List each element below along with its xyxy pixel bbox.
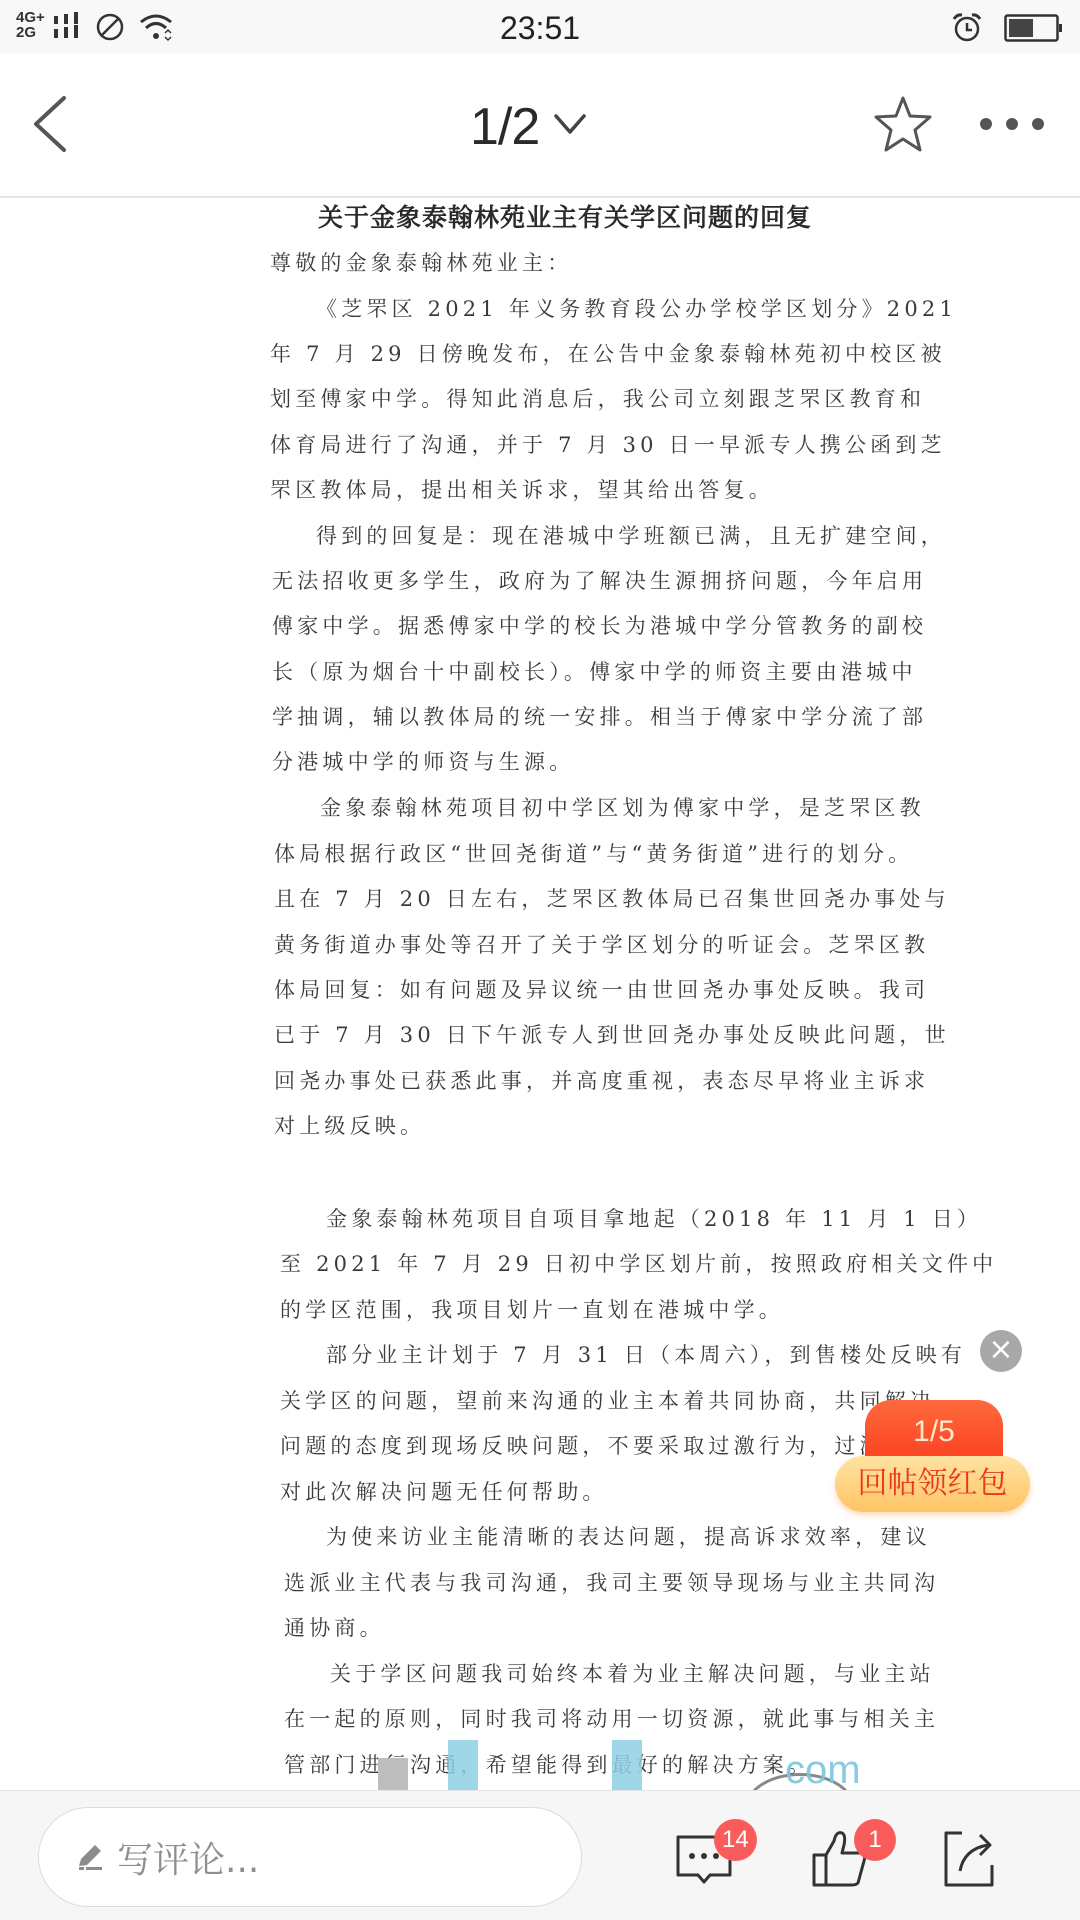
document-line: 体局回复：如有问题及异议统一由世回尧办事处反映。我司 — [274, 975, 929, 1005]
reply-for-red-envelope-button[interactable]: 回帖领红包 — [835, 1456, 1030, 1512]
document-line: 金象泰翰林苑项目初中学区划为傅家中学，是芝罘区教 — [320, 793, 925, 823]
share-icon — [938, 1827, 1002, 1891]
document-line: 罘区教体局，提出相关诉求，望其给出答复。 — [270, 475, 774, 505]
document-line: 划至傅家中学。得知此消息后，我公司立刻跟芝罘区教育和 — [270, 384, 925, 414]
document-line: 且在 7 月 20 日左右，芝罘区教体局已召集世回尧办事处与 — [274, 884, 950, 914]
watermark-fragment — [378, 1758, 408, 1790]
document-line: 金象泰翰林苑项目自项目拿地起（2018 年 11 月 1 日） — [326, 1204, 982, 1234]
document-line: 对此次解决问题无任何帮助。 — [280, 1477, 608, 1507]
watermark-fragment — [612, 1740, 642, 1790]
share-button[interactable] — [938, 1827, 1002, 1891]
document-line: 傅家中学。据悉傅家中学的校长为港城中学分管教务的副校 — [272, 611, 927, 641]
chevron-down-icon — [553, 112, 587, 136]
alarm-icon — [952, 12, 982, 42]
document-line: 通协商。 — [284, 1613, 385, 1643]
document-line: 关学区的问题，望前来沟通的业主本着共同协商，共同解决 — [280, 1386, 935, 1416]
document-line: 尊敬的金象泰翰林苑业主： — [270, 248, 572, 278]
document-line: 体育局进行了沟通，并于 7 月 30 日一早派专人携公函到芝 — [270, 430, 946, 460]
watermark-fragment — [448, 1740, 478, 1790]
likes-count-badge: 1 — [854, 1819, 896, 1861]
document-line: 问题的态度到现场反映问题，不要采取过激行为，过激行为 — [280, 1431, 935, 1461]
document-line: 对上级反映。 — [274, 1111, 425, 1141]
pencil-icon — [73, 1840, 107, 1874]
document-line: 回尧办事处已获悉此事，并高度重视，表态尽早将业主诉求 — [274, 1066, 929, 1096]
document-page-view[interactable]: 关于金象泰翰林苑业主有关学区问题的回复 尊敬的金象泰翰林苑业主：《芝罘区 202… — [0, 198, 1080, 1790]
document-line: 管部门进行沟通，希望能得到最好的解决方案。 — [284, 1750, 813, 1780]
close-reward-button[interactable]: × — [980, 1330, 1022, 1372]
document-line: 已于 7 月 30 日下午派专人到世回尧办事处反映此问题，世 — [274, 1020, 950, 1050]
clock: 23:51 — [0, 10, 1080, 47]
document-line: 部分业主计划于 7 月 31 日（本周六），到售楼处反映有 — [326, 1340, 966, 1370]
document-line: 在一起的原则，同时我司将动用一切资源，就此事与相关主 — [284, 1704, 939, 1734]
top-navigation-bar: 1/2 — [0, 54, 1080, 198]
document-line: 分港城中学的师资与生源。 — [272, 747, 574, 777]
document-line: 为使来访业主能清晰的表达问题，提高诉求效率，建议 — [326, 1522, 931, 1552]
back-button[interactable] — [28, 94, 78, 154]
document-line: 年 7 月 29 日傍晚发布，在公告中金象泰翰林苑初中校区被 — [270, 339, 946, 369]
favorite-star-button[interactable] — [872, 94, 934, 156]
document-line: 得到的回复是：现在港城中学班额已满，且无扩建空间， — [316, 521, 946, 551]
document-line: 选派业主代表与我司沟通，我司主要领导现场与业主共同沟 — [284, 1568, 939, 1598]
page-selector[interactable]: 1/2 — [470, 92, 587, 162]
battery-icon — [1004, 14, 1064, 42]
document-line: 关于学区问题我司始终本着为业主解决问题，与业主站 — [330, 1659, 935, 1689]
document-title: 关于金象泰翰林苑业主有关学区问题的回复 — [318, 198, 812, 238]
status-bar: 4G+ 2G 23:51 — [0, 0, 1080, 54]
watermark-text: com — [785, 1748, 861, 1790]
document-line: 至 2021 年 7 月 29 日初中学区划片前，按照政府相关文件中 — [280, 1249, 997, 1279]
like-button[interactable]: 1 — [808, 1827, 872, 1891]
more-options-button[interactable] — [976, 112, 1048, 136]
document-line: 学抽调，辅以教体局的统一安排。相当于傅家中学分流了部 — [272, 702, 927, 732]
document-line: 的学区范围，我项目划片一直划在港城中学。 — [280, 1295, 784, 1325]
bottom-action-bar: 写评论... 14 1 — [0, 1790, 1080, 1920]
comment-placeholder: 写评论... — [117, 1832, 259, 1883]
document-line: 黄务街道办事处等召开了关于学区划分的听证会。芝罘区教 — [274, 930, 929, 960]
document-line: 无法招收更多学生，政府为了解决生源拥挤问题，今年启用 — [272, 566, 927, 596]
comment-input[interactable]: 写评论... — [38, 1807, 582, 1907]
document-line: 《芝罘区 2021 年义务教育段公办学校学区划分》2021 — [316, 294, 957, 324]
document-line: 体局根据行政区“世回尧街道”与“黄务街道”进行的划分。 — [274, 839, 913, 869]
comments-count-badge: 14 — [714, 1819, 757, 1861]
comments-button[interactable]: 14 — [672, 1827, 736, 1891]
document-line: 长（原为烟台十中副校长）。傅家中学的师资主要由港城中 — [272, 657, 917, 687]
page-indicator: 1/2 — [470, 97, 539, 157]
